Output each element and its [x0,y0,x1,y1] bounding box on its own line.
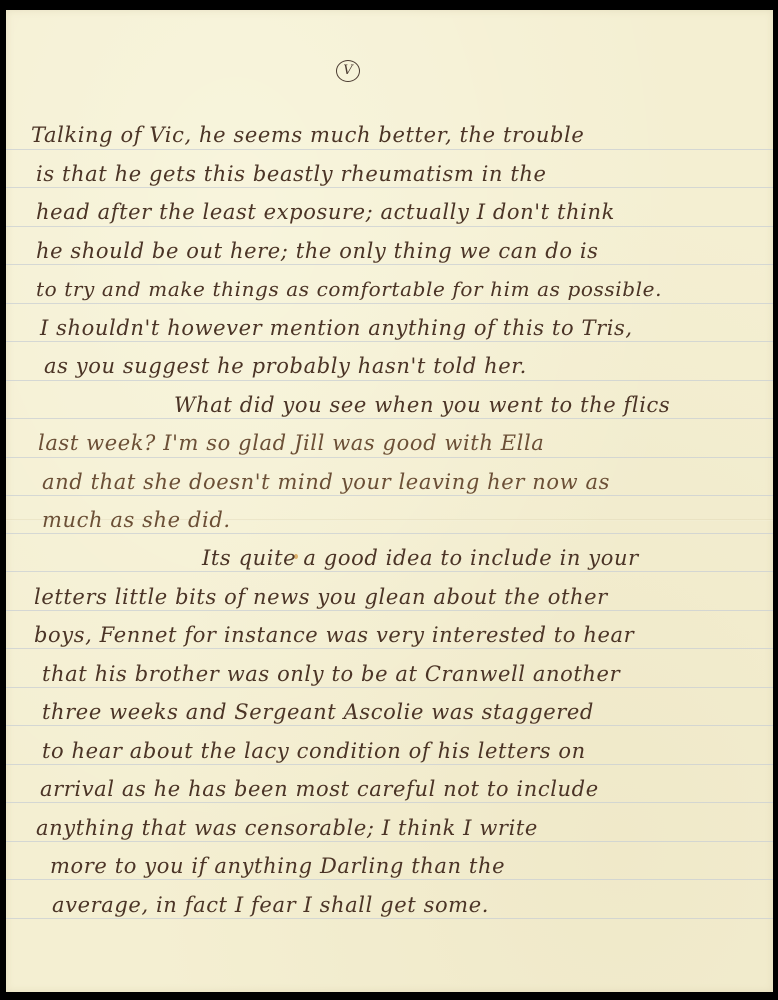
text-line: and that she doesn't mind your leaving h… [42,470,610,494]
text-line: much as she did. [42,508,231,532]
text-line: to try and make things as comfortable fo… [36,277,662,301]
text-line: What did you see when you went to the fl… [174,393,670,417]
text-line: arrival as he has been most careful not … [40,777,599,801]
text-line: Its quite a good idea to include in your [202,546,639,570]
text-line: three weeks and Sergeant Ascolie was sta… [42,700,594,724]
ruled-line [6,725,773,726]
letter-page: V Talking of Vic, he seems much better, … [6,10,773,992]
text-line: to hear about the lacy condition of his … [42,739,586,763]
text-line: more to you if anything Darling than the [50,854,505,878]
text-line: he should be out here; the only thing we… [36,239,599,263]
ruled-line [6,226,773,227]
text-line: last week? I'm so glad Jill was good wit… [38,431,544,455]
ruled-line [6,341,773,342]
ruled-line [6,187,773,188]
ruled-line [6,879,773,880]
text-line: is that he gets this beastly rheumatism … [36,162,547,186]
text-line: I shouldn't however mention anything of … [40,316,633,340]
text-line: boys, Fennet for instance was very inter… [34,623,634,647]
ruled-line [6,303,773,304]
ruled-line [6,457,773,458]
text-line: anything that was censorable; I think I … [36,816,538,840]
page-number: V [336,60,360,82]
text-line: as you suggest he probably hasn't told h… [44,354,527,378]
ruled-line [6,918,773,919]
ruled-line [6,149,773,150]
ruled-line [6,380,773,381]
ruled-line [6,571,773,572]
text-line: Talking of Vic, he seems much better, th… [31,123,584,147]
ruled-line [6,610,773,611]
ruled-line [6,264,773,265]
text-line: that his brother was only to be at Cranw… [42,662,620,686]
ruled-line [6,687,773,688]
ruled-line [6,764,773,765]
ruled-line [6,495,773,496]
text-line: head after the least exposure; actually … [36,200,615,224]
ruled-line [6,841,773,842]
ruled-line [6,533,773,534]
ruled-line [6,802,773,803]
text-line: average, in fact I fear I shall get some… [52,893,489,917]
ruled-line [6,418,773,419]
ruled-line [6,648,773,649]
text-line: letters little bits of news you glean ab… [34,585,608,609]
